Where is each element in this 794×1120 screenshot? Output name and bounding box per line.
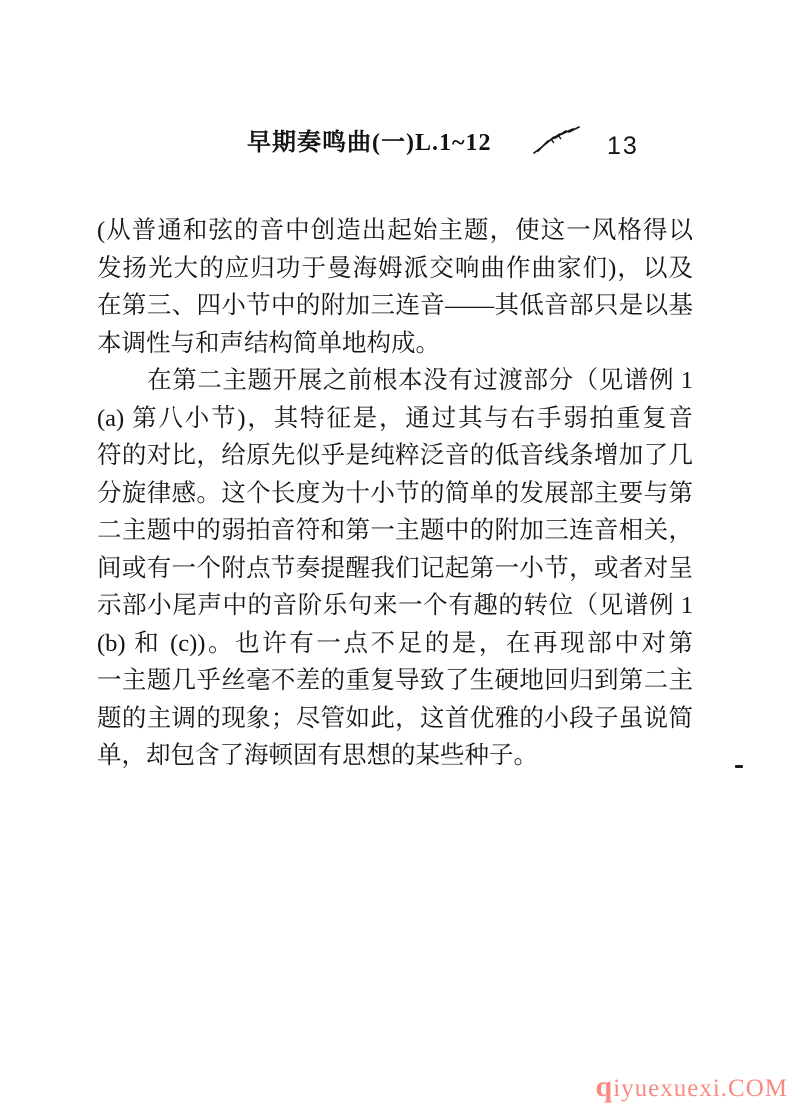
text-line: 在第三、四小节中的附加三连音——其低音部只是以基: [97, 287, 693, 325]
flourish-icon: [531, 126, 583, 156]
watermark-text: iyuexuexi: [613, 1075, 721, 1102]
site-watermark: qiyuexuexi.COM: [596, 1070, 789, 1104]
text-line: 分旋律感。这个长度为十小节的简单的发展部主要与第: [97, 475, 693, 513]
text-line: 间或有一个附点节奏提醒我们记起第一小节，或者对呈: [97, 550, 693, 588]
text-line: 二主题中的弱拍音符和第一主题中的附加三连音相关，: [97, 512, 693, 550]
paragraph-2: 在第二主题开展之前根本没有过渡部分（见谱例 1 (a) 第八小节)，其特征是，通…: [97, 362, 693, 775]
text-line: 示部小尾声中的音阶乐句来一个有趣的转位（见谱例 1: [97, 587, 693, 625]
watermark-tld: .COM: [721, 1075, 788, 1102]
text-line: 发扬光大的应归功于曼海姆派交响曲作曲家们)，以及: [97, 250, 693, 288]
body-text: (从普通和弦的音中创造出起始主题，使这一风格得以 发扬光大的应归功于曼海姆派交响…: [97, 212, 693, 775]
watermark-q: q: [596, 1070, 614, 1103]
text-line: 一主题几乎丝毫不差的重复导致了生硬地回归到第二主: [97, 662, 693, 700]
text-line: 本调性与和声结构简单地构成。: [97, 325, 693, 363]
page-number: 13: [607, 132, 639, 161]
text-line: (b) 和 (c))。也许有一点不足的是，在再现部中对第: [97, 625, 693, 663]
scanned-book-page: 早期奏鸣曲(一)L.1~12 13 (从普通和弦的音中创造出起始主题，使这一风格…: [0, 0, 794, 1120]
text-line: (a) 第八小节)，其特征是，通过其与右手弱拍重复音: [97, 400, 693, 438]
page-header-title: 早期奏鸣曲(一)L.1~12: [247, 130, 517, 156]
text-line: 题的主调的现象；尽管如此，这首优雅的小段子虽说简: [97, 700, 693, 738]
text-line: 单，却包含了海顿固有思想的某些种子。: [97, 737, 693, 775]
text-line: 在第二主题开展之前根本没有过渡部分（见谱例 1: [97, 362, 693, 400]
scan-speck: [735, 765, 743, 768]
text-line: (从普通和弦的音中创造出起始主题，使这一风格得以: [97, 212, 693, 250]
text-line: 符的对比，给原先似乎是纯粹泛音的低音线条增加了几: [97, 437, 693, 475]
paragraph-1: (从普通和弦的音中创造出起始主题，使这一风格得以 发扬光大的应归功于曼海姆派交响…: [97, 212, 693, 362]
